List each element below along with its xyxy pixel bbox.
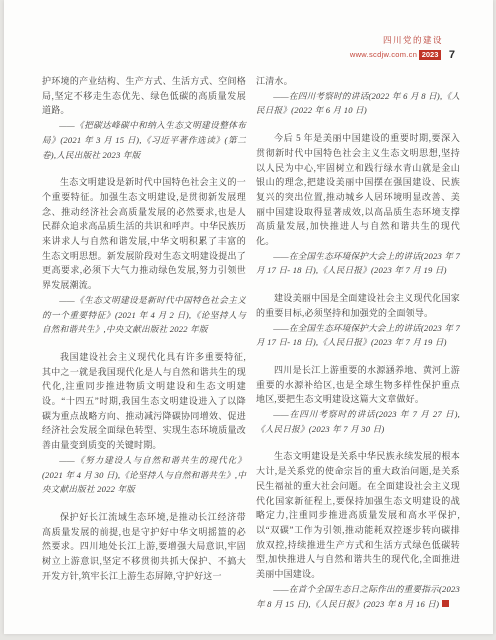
magazine-website: www.scdjw.com.cn xyxy=(350,50,417,59)
citation-paragraph: ——在四川考察时的讲话(2022 年 6 月 8 日),《人民日报》(2022 … xyxy=(256,89,460,118)
body-paragraph: 建设美丽中国是全面建设社会主义现代化国家的重要目标,必须坚持和加强党的全面领导。 xyxy=(256,291,460,320)
article-end-mark-icon xyxy=(442,600,449,607)
page-number: 7 xyxy=(449,49,455,61)
magazine-page: 四川党的建设 www.scdjw.com.cn 2023 7 护环境的产业结构、… xyxy=(4,0,493,634)
article-columns: 护环境的产业结构、生产方式、生活方式、空间格局,坚定不移走生态优先、绿色低碳的高… xyxy=(42,74,460,624)
page-header: 四川党的建设 www.scdjw.com.cn 2023 7 xyxy=(350,34,455,61)
body-paragraph: 江清水。 xyxy=(256,74,460,89)
citation-paragraph: ——《把碳达峰碳中和纳入生态文明建设整体布局》(2021 年 3 月 15 日)… xyxy=(42,118,246,162)
header-meta-row: www.scdjw.com.cn 2023 7 xyxy=(350,49,455,61)
body-paragraph: 保护好长江流域生态环境,是推动长江经济带高质量发展的前提,也是守护好中华文明摇篮… xyxy=(42,510,246,584)
body-paragraph: 我国建设社会主义现代化具有许多重要特征,其中之一就是我国现代化是人与自然和谐共生… xyxy=(42,350,246,453)
citation-paragraph: ——在全国生态环境保护大会上的讲话(2023 年 7 月 17 日- 18 日)… xyxy=(256,321,460,350)
body-paragraph: 今后 5 年是美丽中国建设的重要时期,要深入贯彻新时代中国特色社会主义生态文明思… xyxy=(256,131,460,249)
citation-paragraph: ——在四川考察时的讲话(2023 年 7 月 27 日),《人民日报》(2023… xyxy=(256,407,460,436)
body-paragraph: 护环境的产业结构、生产方式、生活方式、空间格局,坚定不移走生态优先、绿色低碳的高… xyxy=(42,74,246,118)
citation-paragraph: ——在首个全国生态日之际作出的重要指示(2023 年 8 月 15 日),《人民… xyxy=(256,582,460,611)
citation-paragraph: ——《努力建设人与自然和谐共生的现代化》(2021 年 4 月 30 日),《论… xyxy=(42,453,246,497)
year-badge: 2023 xyxy=(419,50,441,60)
citation-paragraph: ——在全国生态环境保护大会上的讲话(2023 年 7 月 17 日- 18 日)… xyxy=(256,249,460,278)
citation-paragraph: ——《生态文明建设是新时代中国特色社会主义的一个重要特征》(2021 年 4 月… xyxy=(42,293,246,337)
magazine-title: 四川党的建设 xyxy=(350,34,443,46)
body-paragraph: 生态文明建设是新时代中国特色社会主义的一个重要特征。加强生态文明建设,是贯彻新发… xyxy=(42,175,246,293)
body-paragraph: 生态文明建设是关系中华民族永续发展的根本大计,是关系党的使命宗旨的重大政治问题,… xyxy=(256,449,460,581)
left-text-column: 护环境的产业结构、生产方式、生活方式、空间格局,坚定不移走生态优先、绿色低碳的高… xyxy=(42,74,246,624)
right-text-column: 江清水。——在四川考察时的讲话(2022 年 6 月 8 日),《人民日报》(2… xyxy=(256,74,460,624)
body-paragraph: 四川是长江上游重要的水源涵养地、黄河上游重要的水源补给区,也是全球生物多样性保护… xyxy=(256,363,460,407)
